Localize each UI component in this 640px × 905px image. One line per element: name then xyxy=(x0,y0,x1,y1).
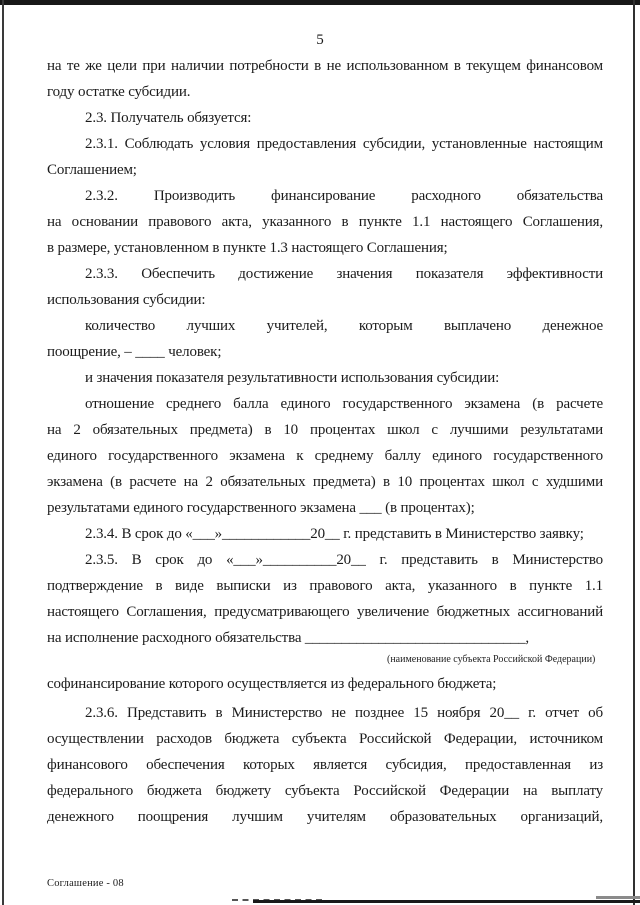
clause-2-3-4: 2.3.4. В срок до «___»____________20__ г… xyxy=(47,521,603,547)
text-line: подтверждение в виде выписки из правовог… xyxy=(47,573,603,599)
clause-2-3-5: 2.3.5. В срок до «___»__________20__ г. … xyxy=(47,547,603,573)
scanned-document-page: { "page": { "number": "5", "footer": "Со… xyxy=(0,0,640,905)
text-line: на основании правового акта, указанного … xyxy=(47,209,603,235)
text-line: осуществлении расходов бюджета субъекта … xyxy=(47,726,603,752)
text-line: финансового обеспечения которых является… xyxy=(47,752,603,778)
text-line: использования субсидии: xyxy=(47,287,603,313)
text-line: в размере, установленном в пункте 1.3 на… xyxy=(47,235,603,261)
text-line: на 2 обязательных предмета) в 10 процент… xyxy=(47,417,603,443)
blank-field-line: результатами единого государственного эк… xyxy=(47,495,603,521)
clause-2-3-2: 2.3.2. Производить финансирование расход… xyxy=(47,183,603,209)
scan-edge-bottom xyxy=(253,900,640,903)
blank-field-line: поощрение, – ____ человек; xyxy=(47,339,603,365)
field-caption: (наименование субъекта Российской Федера… xyxy=(47,651,603,671)
blank-field-line: на исполнение расходного обязательства _… xyxy=(47,625,603,651)
text-line: федерального бюджета бюджету субъекта Ро… xyxy=(47,778,603,804)
clause-2-3-3: 2.3.3. Обеспечить достижение значения по… xyxy=(47,261,603,287)
clause-2-3: 2.3. Получатель обязуется: xyxy=(47,105,603,131)
text-line: единого государственного экзамена к сред… xyxy=(47,443,603,469)
text-line: денежного поощрения лучшим учителям обра… xyxy=(47,804,603,830)
scan-edge-top xyxy=(0,0,640,5)
text-line: настоящего Соглашения, предусматривающег… xyxy=(47,599,603,625)
document-footer-code: Соглашение - 08 xyxy=(47,878,124,889)
text-line: отношение среднего балла единого государ… xyxy=(47,391,603,417)
clause-2-3-6: 2.3.6. Представить в Министерство не поз… xyxy=(47,700,603,726)
scan-edge-right xyxy=(633,0,635,905)
page-number: 5 xyxy=(0,32,640,49)
text-line: на те же цели при наличии потребности в … xyxy=(47,53,603,79)
document-body: на те же цели при наличии потребности в … xyxy=(47,53,603,830)
text-line: Соглашением; xyxy=(47,157,603,183)
scan-edge-left xyxy=(2,0,4,905)
text-line: экзамена (в расчете на 2 обязательных пр… xyxy=(47,469,603,495)
clause-2-3-1: 2.3.1. Соблюдать условия предоставления … xyxy=(47,131,603,157)
scan-edge-bottom-corner xyxy=(596,896,640,899)
text-line: софинансирование которого осуществляется… xyxy=(47,671,603,697)
text-line: количество лучших учителей, которым выпл… xyxy=(47,313,603,339)
text-line: и значения показателя результативности и… xyxy=(47,365,603,391)
text-line: году остатке субсидии. xyxy=(47,79,603,105)
